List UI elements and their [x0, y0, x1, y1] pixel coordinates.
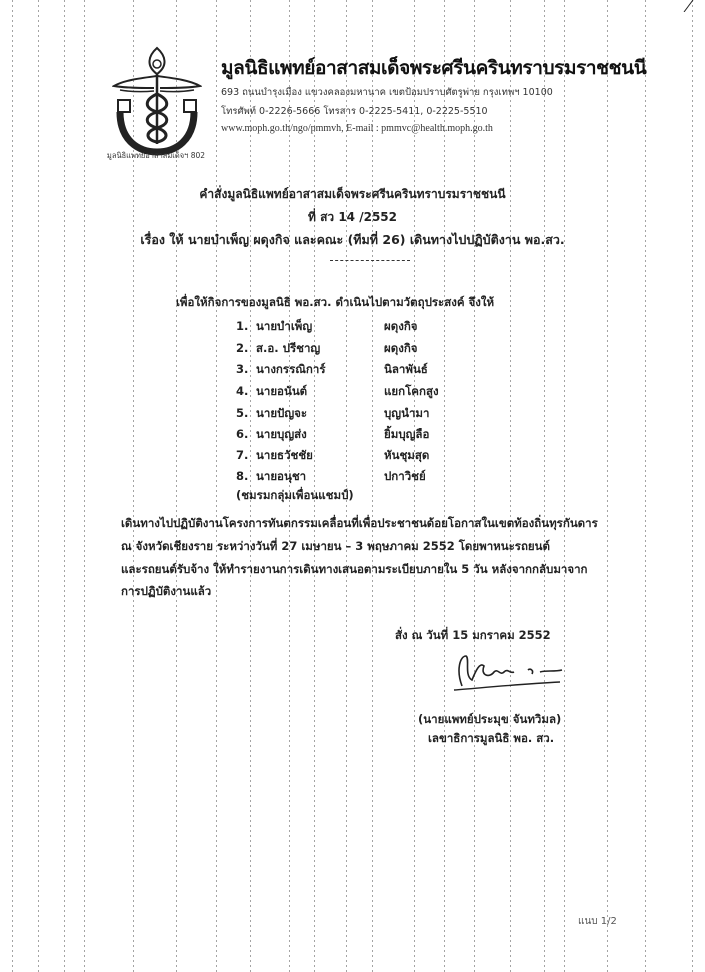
- member-row: 3.นางกรรณิการ์นิลาพันธ์: [236, 361, 428, 379]
- member-row: 4.นายอนันต์แยกโคกสูง: [236, 383, 439, 401]
- order-number: ที่ สว 14 /2552: [0, 208, 705, 227]
- member-row: 2.ส.อ. ปรีชาญผดุงกิจ: [236, 340, 418, 358]
- organization-phone: โทรศัพท์ 0-2226-5666 โทรสาร 0-2225-5411,…: [221, 104, 488, 119]
- page-attachment-mark: แนบ 1/2: [578, 914, 617, 929]
- logo-caption: มูลนิธิแพทย์อาสาสมเด็จฯ 802: [106, 150, 206, 162]
- member-row: 7.นายธวัชชัยหันชุมสุด: [236, 447, 429, 465]
- signer-title: เลขาธิการมูลนิธิ พอ. สว.: [428, 730, 554, 748]
- member-row: 8.นายอนุชาปกาวิชย์: [236, 468, 426, 486]
- group-name: (ชมรมกลุ่มเพื่อนแชมป์): [236, 487, 354, 505]
- pen-mark: [680, 0, 694, 12]
- signer-name: (นายแพทย์ประมุข จันทวิมล): [418, 711, 561, 729]
- handwritten-signature: [450, 650, 570, 700]
- issue-date: สั่ง ณ วันที่ 15 มกราคม 2552: [395, 627, 551, 645]
- organization-address: 693 ถนนบำรุงเมือง แขวงคลองมหานาค เขตป้อม…: [221, 85, 553, 100]
- caduceus-emblem-logo: [112, 44, 202, 156]
- body-paragraph-line: ณ จังหวัดเชียงราย ระหว่างวันที่ 27 เมษาย…: [121, 538, 601, 556]
- member-row: 1.นายบำเพ็ญผดุงกิจ: [236, 318, 418, 336]
- scan-artifact-lines: [0, 0, 705, 972]
- body-paragraph-line: และรถยนต์รับจ้าง ให้ทำรายงานการเดินทางเส…: [121, 561, 601, 579]
- body-intro: เพื่อให้กิจการของมูลนิธิ พอ.สว. ดำเนินไป…: [176, 294, 494, 312]
- organization-web-email: www.moph.go.th/ngo/pmmvh, E-mail : pmmvc…: [221, 123, 493, 134]
- body-paragraph-line: การปฏิบัติงานแล้ว: [121, 583, 601, 601]
- body-paragraph-line: เดินทางไปปฏิบัติงานโครงการทันตกรรมเคลื่อ…: [121, 515, 601, 533]
- member-row: 6.นายบุญส่งยิ้มบุญลือ: [236, 426, 429, 444]
- order-subject: เรื่อง ให้ นายบำเพ็ญ ผดุงกิจ และคณะ (ทีม…: [0, 230, 705, 250]
- organization-name: มูลนิธิแพทย์อาสาสมเด็จพระศรีนครินทราบรมร…: [221, 53, 646, 83]
- member-row: 5.นายปัญจะบุญนำมา: [236, 405, 429, 423]
- header-divider: [330, 260, 410, 261]
- order-heading: คำสั่งมูลนิธิแพทย์อาสาสมเด็จพระศรีนครินท…: [0, 185, 705, 204]
